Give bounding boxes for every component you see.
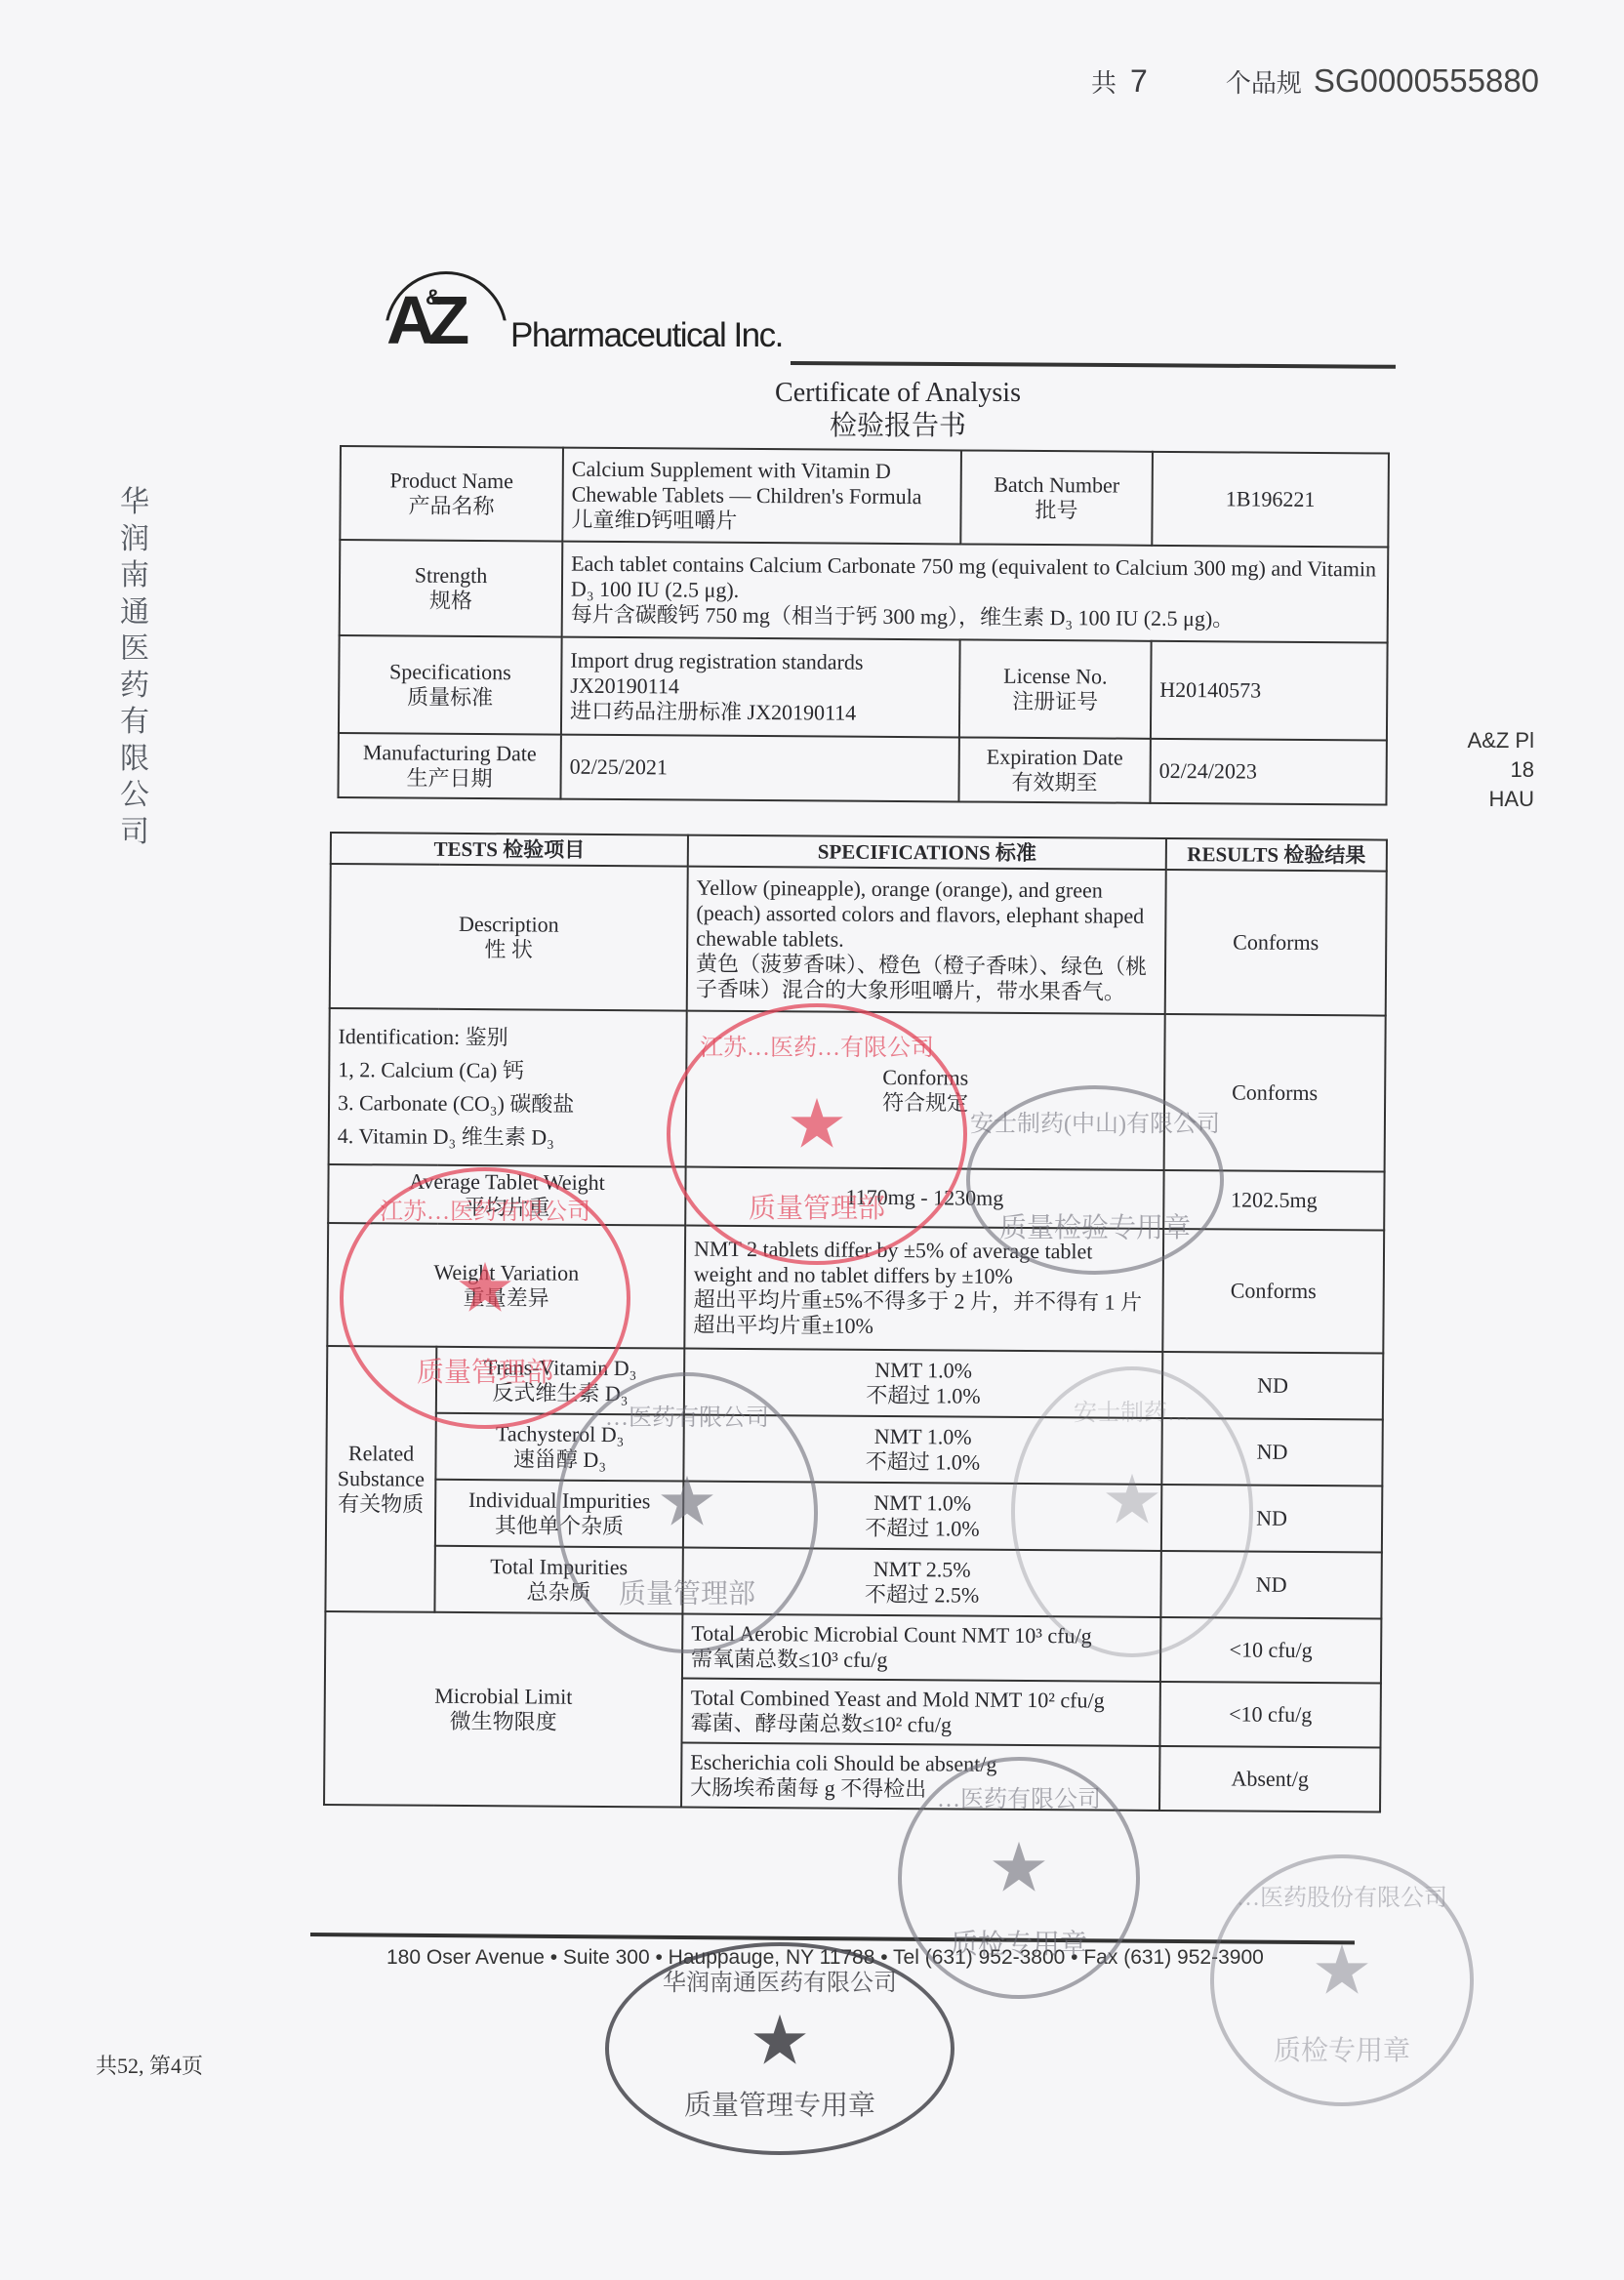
related-spec: NMT 2.5%不超过 2.5% [682,1548,1160,1617]
batch-label: Batch Number批号 [960,450,1153,545]
tests-table: TESTS 检验项目 SPECIFICATIONS 标准 RESULTS 检验结… [323,832,1388,1813]
row-strength: Strength规格 Each tablet contains Calcium … [340,540,1389,642]
spec-value: Import drug registration standardsJX2019… [561,637,960,738]
row-specifications: Specifications质量标准 Import drug registrat… [339,635,1388,740]
item-code: SG0000555880 [1314,62,1539,99]
page-info: 共52, 第4页 [96,2050,203,2080]
company-name: Pharmaceutical Inc. [510,316,783,355]
mfg-label: Manufacturing Date生产日期 [338,733,560,799]
microbial-spec: Total Combined Yeast and Mold NMT 10² cf… [681,1679,1159,1746]
row-related-2: Tachysterol D₃速甾醇 D₃ NMT 1.0%不超过 1.0% ND [326,1412,1382,1486]
description-spec: Yellow (pineapple), orange (orange), and… [687,867,1166,1014]
gray-stamp-far-right: …医药股份有限公司★质检专用章 [1210,1854,1474,2106]
avg-weight-spec: 1170mg - 1230mg [685,1167,1163,1229]
weight-variation-result: Conforms [1162,1229,1384,1354]
identification-spec: Conforms符合规定 [686,1011,1165,1170]
identification-label: Identification: 鉴别1, 2. Calcium (Ca) 钙3.… [329,1008,687,1167]
exp-value: 02/24/2023 [1150,739,1386,805]
header-divider [791,361,1396,369]
side-company-text: 华润南通医药有限公司 [115,484,154,850]
weight-variation-label: Weight Variation重量差异 [327,1223,685,1349]
strength-label: Strength规格 [340,540,563,637]
license-value: H20140573 [1151,641,1388,741]
batch-value: 1B196221 [1152,452,1389,548]
row-related-4: Total Impurities总杂质 NMT 2.5%不超过 2.5% ND [325,1545,1381,1619]
related-spec: NMT 1.0%不超过 1.0% [683,1482,1161,1551]
row-microbial-1: Microbial Limit微生物限度 Total Aerobic Micro… [325,1611,1381,1684]
exp-label: Expiration Date有效期至 [958,737,1150,802]
total-label: 共 [1091,68,1116,98]
description-label: Description性 状 [330,864,688,1011]
row-avg-weight: Average Tablet Weight平均片重 1170mg - 1230m… [328,1164,1384,1231]
microbial-result: Absent/g [1159,1746,1380,1812]
weight-variation-spec: NMT 2 tablets differ by ±5% of average t… [684,1226,1163,1352]
avg-weight-label: Average Tablet Weight平均片重 [328,1164,685,1226]
product-info-table: Product Name产品名称 Calcium Supplement with… [337,445,1390,806]
row-identification: Identification: 鉴别1, 2. Calcium (Ca) 钙3.… [329,1008,1386,1172]
star-icon: ★ [989,1828,1050,1909]
row-description: Description性 状 Yellow (pineapple), orang… [330,864,1387,1016]
microbial-spec: Total Aerobic Microbial Count NMT 10³ cf… [682,1614,1160,1682]
row-product-name: Product Name产品名称 Calcium Supplement with… [340,446,1389,547]
microbial-label: Microbial Limit微生物限度 [324,1611,682,1808]
related-result: ND [1160,1551,1381,1619]
related-name: Individual Impurities其他单个杂质 [435,1480,683,1548]
related-substance-label: RelatedSubstance有关物质 [325,1346,436,1612]
header-specifications: SPECIFICATIONS 标准 [688,835,1166,870]
right-edge-text: A&Z Pl 18 HAU [1464,726,1534,814]
total-value: 7 [1130,63,1148,99]
related-name: Total Impurities总杂质 [434,1546,682,1614]
document-id-header: 共7个品规SG0000555880 [1091,62,1539,100]
star-icon: ★ [750,2000,811,2081]
footer-divider [310,1933,1355,1944]
identification-result: Conforms [1164,1014,1386,1172]
product-name-label: Product Name产品名称 [340,446,563,542]
black-stamp-huarun: 华润南通医药有限公司★质量管理专用章 [605,1942,954,2155]
microbial-result: <10 cfu/g [1159,1682,1380,1748]
license-label: License No.注册证号 [959,639,1152,738]
company-address: 180 Oser Avenue • Suite 300 • Hauppauge,… [386,1946,1264,1970]
product-name-value: Calcium Supplement with Vitamin DChewabl… [562,448,961,545]
row-related-1: RelatedSubstance有关物质 Trans-Vitamin D₃反式维… [327,1346,1383,1420]
related-result: ND [1161,1485,1382,1553]
microbial-result: <10 cfu/g [1160,1617,1381,1684]
description-result: Conforms [1165,870,1387,1016]
row-weight-variation: Weight Variation重量差异 NMT 2 tablets diffe… [327,1223,1384,1354]
item-label: 个品规 [1226,68,1302,98]
related-spec: NMT 1.0%不超过 1.0% [683,1415,1161,1485]
header-results: RESULTS 检验结果 [1166,838,1387,872]
related-result: ND [1162,1352,1383,1420]
row-related-3: Individual Impurities其他单个杂质 NMT 1.0%不超过 … [326,1479,1382,1553]
document-title: Certificate of Analysis 检验报告书 [683,377,1113,443]
row-dates: Manufacturing Date生产日期 02/25/2021 Expira… [338,733,1386,804]
microbial-spec: Escherichia coli Should be absent/g大肠埃希菌… [681,1743,1159,1811]
header-tests: TESTS 检验项目 [331,833,688,867]
company-logo: AZ & Pharmaceutical Inc. [379,265,818,363]
mfg-value: 02/25/2021 [560,735,958,802]
related-name: Tachysterol D₃速甾醇 D₃ [435,1413,683,1482]
related-spec: NMT 1.0%不超过 1.0% [684,1349,1162,1418]
strength-value: Each tablet contains Calcium Carbonate 7… [562,542,1389,643]
az-logo-mark: AZ & [379,265,515,353]
spec-label: Specifications质量标准 [339,635,562,735]
avg-weight-result: 1202.5mg [1163,1170,1384,1231]
related-name: Trans-Vitamin D₃反式维生素 D₃ [436,1347,684,1415]
related-result: ND [1161,1418,1382,1486]
